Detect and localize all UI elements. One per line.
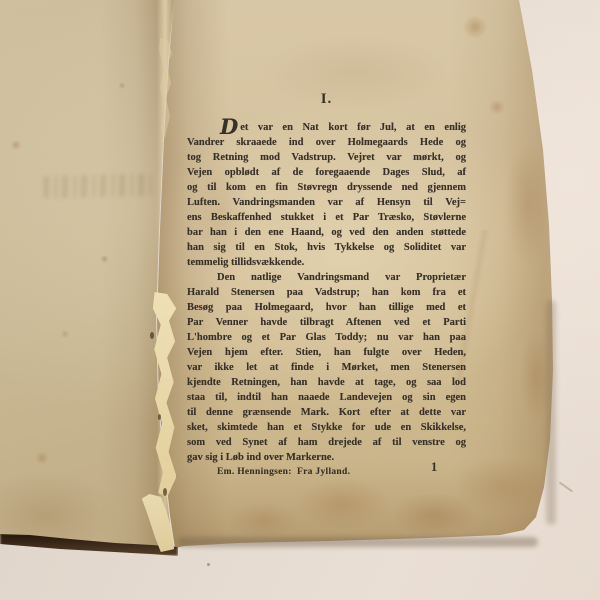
text-line: Besøg paa Holmegaard, hvor han tillige m… — [187, 300, 466, 315]
text-line: Vandrer skraaede ind over Holmegaards He… — [187, 135, 466, 150]
text-line: Vejen hjem efter. Stien, han fulgte over… — [187, 345, 466, 360]
text-line: bar han i den ene Haand, og ved den ande… — [187, 225, 466, 240]
text-line: ens Beskaffenhed stukket i et Par Træsko… — [187, 210, 466, 225]
gutter-crack-mark — [158, 414, 161, 420]
stain — [228, 502, 300, 538]
stain — [118, 82, 126, 89]
text-line: som ved Synet af ham drejede af til vens… — [187, 435, 466, 450]
dust-speck — [207, 563, 210, 566]
stain — [34, 452, 50, 464]
gutter-crack-mark — [163, 488, 167, 496]
stain — [100, 255, 109, 263]
text-line: temmelig tillidsvækkende. — [187, 255, 466, 270]
text-line: var ikke let at finde i Mørket, men Sten… — [187, 360, 466, 375]
text-line: Vejen opblødt af de foregaaende Dages Sl… — [187, 165, 466, 180]
gutter-crack-mark — [150, 332, 154, 339]
stain — [392, 492, 477, 538]
text-line: han sig til en Stok, hvis Tykkelse og So… — [187, 240, 466, 255]
text-line: til denne grænsende Mark. Kort efter at … — [187, 405, 466, 420]
text-line: og til kom en fin Støvregn dryssende ned… — [187, 180, 466, 195]
text-line: Par Venner havde tilbragt Aftenen ved et… — [187, 315, 466, 330]
text-line: Den natlige Vandringsmand var Proprietær — [187, 270, 466, 285]
footer-signature: Em. Henningsen: Fra Jylland. — [217, 467, 350, 477]
text-line: Luften. Vandringsmanden var af Hensyn ti… — [187, 195, 466, 210]
book-photo: I. Det var en Nat kort før Jul, at en en… — [0, 0, 600, 600]
text-line: gav sig i Løb ind over Markerne. — [187, 450, 466, 465]
text-line: L'hombre og et Par Glas Toddy; nu var ha… — [187, 330, 466, 345]
text-line: Harald Stenersen paa Vadstrup; han kom f… — [187, 285, 466, 300]
page-edge-shadow-right — [546, 300, 556, 525]
page-edge-shadow-bottom — [178, 537, 538, 547]
body-text: Det var en Nat kort før Jul, at en enlig… — [187, 120, 466, 465]
show-through-text-smudge — [44, 174, 153, 199]
text-line: tog Retning mod Vadstrup. Vejret var mør… — [187, 150, 466, 165]
text-line: staa til, indtil han naaede Landevejen o… — [187, 390, 466, 405]
text-line: kjendte Retningen, han havde at tage, og… — [187, 375, 466, 390]
chapter-heading: I. — [187, 91, 466, 108]
text-line: Det var en Nat kort før Jul, at en enlig — [187, 120, 466, 135]
stain — [295, 478, 390, 530]
stain — [60, 330, 70, 338]
page-number: 1 — [431, 460, 437, 475]
text-line: sket, skimtede han et Stykke for ude en … — [187, 420, 466, 435]
stain — [455, 455, 550, 517]
stain — [462, 16, 488, 38]
stain — [488, 100, 506, 114]
stain — [10, 140, 22, 150]
